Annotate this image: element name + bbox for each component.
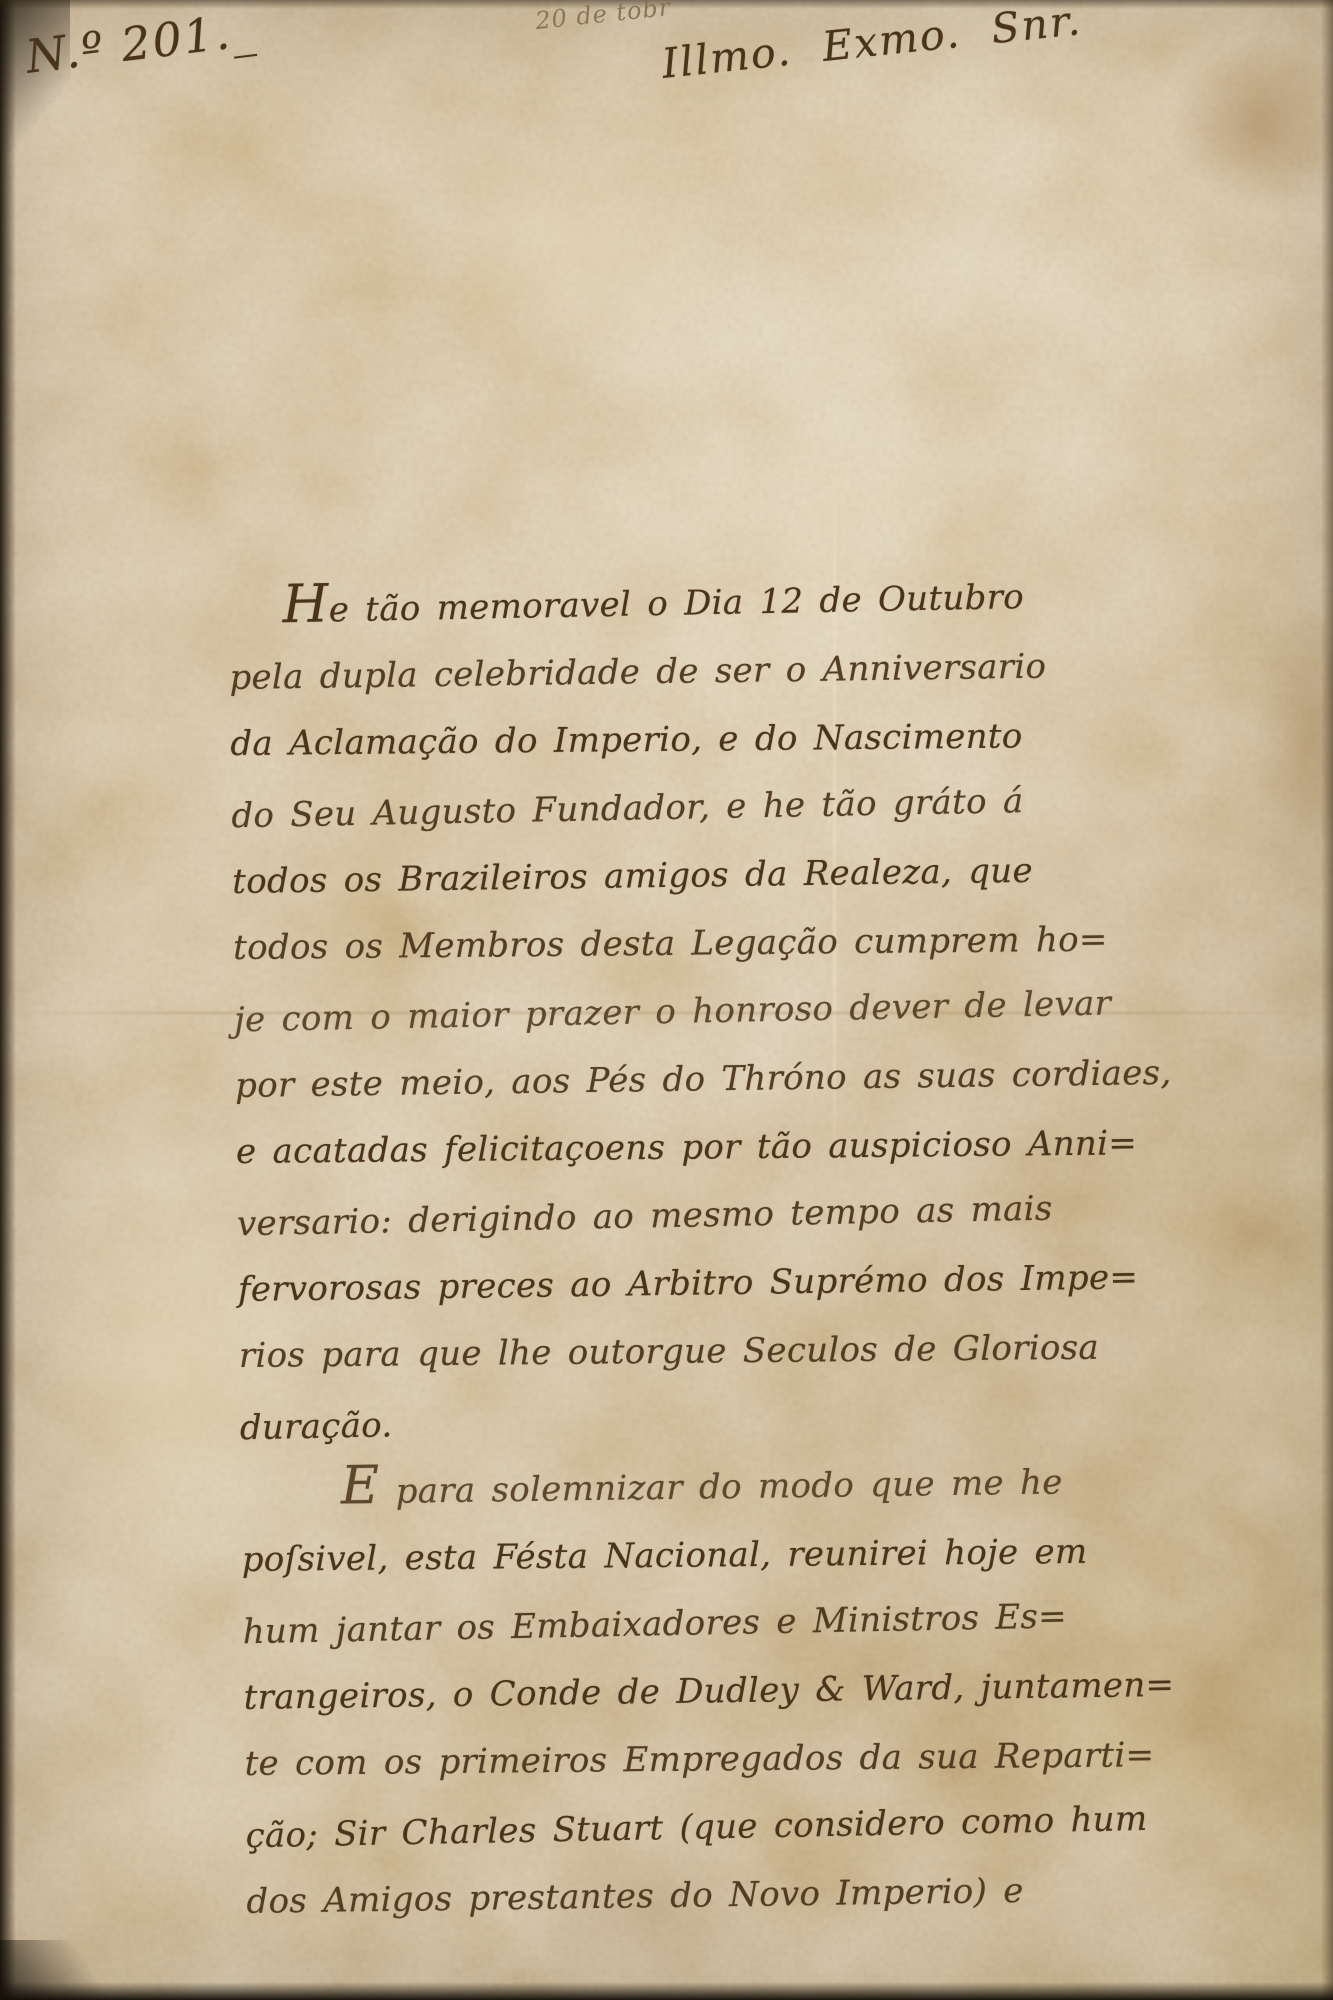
document-number: N.º 201._ xyxy=(23,2,259,84)
paper-stain xyxy=(420,120,740,380)
page-edge-shadow-right xyxy=(1321,0,1333,2000)
manuscript-line: pela dupla celebridade de ser o Annivers… xyxy=(229,632,1120,712)
paper-stain xyxy=(1255,620,1333,850)
manuscript-line: e acatadas felicitaçoens por tão auspici… xyxy=(236,1109,1127,1186)
manuscript-line: E para solemnizar do modo que me he xyxy=(240,1447,1131,1527)
manuscript-line: te com os primeiros Empregados da sua Re… xyxy=(244,1721,1135,1798)
manuscript-line: dos Amigos prestantes do Novo Imperio) e xyxy=(246,1855,1137,1935)
manuscript-line: rios para que lhe outorgue Seculos de Gl… xyxy=(239,1313,1130,1390)
page-edge-shadow-left xyxy=(0,0,16,2000)
pencil-date-note: 20 de tobr xyxy=(534,0,672,35)
manuscript-line: por este meio, aos Pés do Thróno as suas… xyxy=(235,1040,1126,1120)
paper-stain xyxy=(1165,35,1333,205)
page-edge-shadow-bottom xyxy=(0,1982,1333,2000)
manuscript-page: N.º 201._ 20 de tobr Illmo. Exmo. Snr. H… xyxy=(0,0,1333,2000)
manuscript-line: poſsivel, esta Fésta Nacional, reunirei … xyxy=(241,1517,1132,1594)
letter-body: He tão memoravel o Dia 12 de Outubro pel… xyxy=(228,564,1137,1936)
manuscript-line: todos os Membros desta Legação cumprem h… xyxy=(233,905,1124,982)
salutation: Illmo. Exmo. Snr. xyxy=(659,0,1084,88)
page-corner-shadow-bottom-left xyxy=(0,1940,120,2000)
manuscript-line: da Aclamação do Imperio, e do Nascimento xyxy=(230,702,1121,779)
